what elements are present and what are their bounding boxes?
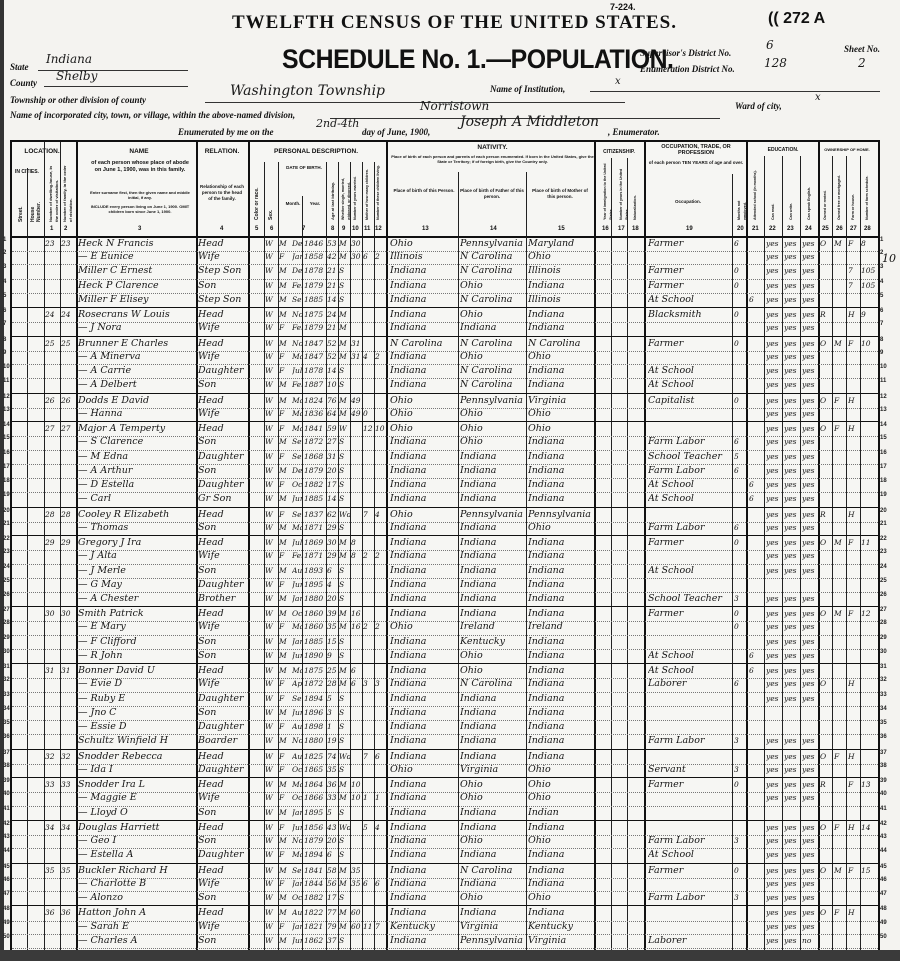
cell-living <box>375 649 386 663</box>
cell-bf: Ohio <box>460 664 526 678</box>
cell-mother <box>363 864 374 878</box>
table-row: 1818— D EstellaDaughterWFOct188217SIndia… <box>12 478 878 493</box>
cell-living <box>375 934 386 948</box>
cell-farm <box>848 664 860 678</box>
header-can-speak-english: Can speak English. <box>806 178 812 220</box>
cell-write: yes <box>784 791 800 805</box>
cell-write: yes <box>784 920 800 934</box>
cell-family <box>61 806 76 820</box>
cell-relation: Head <box>198 750 248 764</box>
cell-dwelling <box>45 791 60 805</box>
cell-write: yes <box>784 364 800 378</box>
county-label: County <box>10 78 37 88</box>
cell-month: Sep <box>292 435 302 449</box>
cell-sched <box>861 508 878 522</box>
cell-mort: M <box>834 237 846 251</box>
cell-relation: Wife <box>198 549 248 563</box>
cell-farm: 7 <box>848 279 860 293</box>
cell-farm: H <box>848 308 860 322</box>
line-number-right: 28 <box>880 620 887 626</box>
header-location: LOCATION. <box>12 148 72 156</box>
cell-sex: F <box>279 750 293 764</box>
cell-bp: Indiana <box>390 264 458 278</box>
cell-mort <box>834 592 846 606</box>
cell-bm: Indiana <box>528 649 594 663</box>
table-row: 2828— E MaryWifeWFMay186035M1622OhioIrel… <box>12 620 878 635</box>
cell-name: — G May <box>78 578 196 592</box>
cell-occ: At School <box>648 478 732 492</box>
header-street: Street. <box>18 186 24 222</box>
cell-color: W <box>265 464 278 478</box>
cell-dwelling: 33 <box>45 778 60 792</box>
cell-living: 10 <box>375 422 386 436</box>
cell-ym <box>351 508 362 522</box>
cell-sex: F <box>279 350 293 364</box>
cell-bf: Ohio <box>460 422 526 436</box>
cell-ym <box>351 834 362 848</box>
table-row: 1919— CarlGr SonWMJune188514SIndianaIndi… <box>12 492 878 507</box>
cell-bm: Indiana <box>528 750 594 764</box>
line-number-right: 15 <box>880 435 887 441</box>
cell-occ <box>648 791 732 805</box>
cell-bf: Indiana <box>460 564 526 578</box>
cell-read: yes <box>766 450 782 464</box>
cell-occ <box>648 821 732 835</box>
cell-unemp <box>734 720 746 734</box>
cell-bp: Indiana <box>390 564 458 578</box>
cell-sex: M <box>279 521 293 535</box>
colnum: 28 <box>864 226 871 232</box>
cell-occ <box>648 422 732 436</box>
cell-year: 1846 <box>304 237 326 251</box>
cell-sex: F <box>279 692 293 706</box>
cell-school <box>749 407 764 421</box>
cell-ym <box>351 422 362 436</box>
cell-color: W <box>265 934 278 948</box>
cell-dwelling <box>45 450 60 464</box>
cell-dwelling: 26 <box>45 394 60 408</box>
cell-family <box>61 293 76 307</box>
cell-sched <box>861 394 878 408</box>
cell-occ: Farmer <box>648 864 732 878</box>
cell-name: — J Merle <box>78 564 196 578</box>
table-row: 3434— Jno CSonWMJune18963SIndianaIndiana… <box>12 706 878 721</box>
cell-sched <box>861 934 878 948</box>
cell-marital: M <box>339 778 350 792</box>
cell-write: yes <box>784 664 800 678</box>
cell-bm: Indiana <box>528 478 594 492</box>
line-number-right: 23 <box>880 549 887 555</box>
line-number-right: 13 <box>880 407 887 413</box>
cell-mort <box>834 279 846 293</box>
cell-marital: M <box>339 620 350 634</box>
header-ownership: OWNERSHIP OF HOME. <box>818 146 876 154</box>
cell-month: Nov <box>292 734 302 748</box>
cell-own <box>820 492 832 506</box>
colnum: 17 <box>618 226 625 232</box>
cell-school <box>749 891 764 905</box>
cell-year: 1860 <box>304 620 326 634</box>
cell-mort <box>834 264 846 278</box>
cell-bf: Indiana <box>460 592 526 606</box>
cell-sched <box>861 578 878 592</box>
cell-farm <box>848 706 860 720</box>
cell-speak: yes <box>802 750 818 764</box>
header-occupation-col: Occupation. <box>646 198 730 206</box>
cell-sex: M <box>279 607 293 621</box>
enumerated-day: 2nd-4th <box>316 117 359 130</box>
cell-year: 1841 <box>304 864 326 878</box>
cell-unemp <box>734 706 746 720</box>
cell-read: yes <box>766 378 782 392</box>
cell-school <box>749 464 764 478</box>
cell-own <box>820 279 832 293</box>
cell-speak: yes <box>802 677 818 691</box>
cell-speak: yes <box>802 478 818 492</box>
cell-mother <box>363 848 374 862</box>
sheet-label: Sheet No. <box>844 44 880 54</box>
cell-school <box>749 564 764 578</box>
line-number-right: 17 <box>880 464 887 470</box>
cell-living <box>375 337 386 351</box>
cell-sex: M <box>279 664 293 678</box>
cell-ym <box>351 891 362 905</box>
cell-age: 24 <box>327 308 338 322</box>
cell-mort <box>834 734 846 748</box>
cell-relation: Gr Son <box>198 492 248 506</box>
cell-month: June <box>292 821 302 835</box>
cell-ym: 35 <box>351 877 362 891</box>
header-relation: RELATION. <box>198 148 246 156</box>
cell-bm: Indiana <box>528 720 594 734</box>
header-mother-of: Mother of how many children. <box>364 162 370 220</box>
table-row: 2626— A ChesterBrotherWMJan188020SIndian… <box>12 592 878 607</box>
cell-sex: F <box>279 677 293 691</box>
cell-write: yes <box>784 478 800 492</box>
cell-occ <box>648 549 732 563</box>
cell-color: W <box>265 848 278 862</box>
line-number: 8 <box>3 337 6 343</box>
cell-school: 6 <box>749 478 764 492</box>
cell-marital: M <box>339 308 350 322</box>
cell-month: Jan <box>292 920 302 934</box>
cell-unemp: 0 <box>734 864 746 878</box>
cell-color: W <box>265 407 278 421</box>
cell-color: W <box>265 592 278 606</box>
cell-family: 29 <box>61 536 76 550</box>
cell-bp: Indiana <box>390 806 458 820</box>
cell-age: 33 <box>327 791 338 805</box>
cell-relation: Head <box>198 664 248 678</box>
cell-ym <box>351 492 362 506</box>
cell-bm: Indiana <box>528 549 594 563</box>
cell-living <box>375 692 386 706</box>
cell-unemp: 6 <box>734 677 746 691</box>
table-row: 44Heck P ClarenceSonWMFeb187921SIndianaO… <box>12 279 878 294</box>
cell-relation: Daughter <box>198 692 248 706</box>
cell-marital: S <box>339 934 350 948</box>
cell-bm: Indiana <box>528 364 594 378</box>
cell-marital: M <box>339 321 350 335</box>
cell-relation: Son <box>198 378 248 392</box>
header-birth-person: Place of birth of this Person. <box>392 188 456 194</box>
ed-label: Enumeration District No. <box>640 64 735 74</box>
cell-bm: Ohio <box>528 778 594 792</box>
cell-mort <box>834 250 846 264</box>
cell-mother <box>363 364 374 378</box>
cell-school <box>749 394 764 408</box>
cell-speak: yes <box>802 763 818 777</box>
cell-occ: Laborer <box>648 677 732 691</box>
cell-marital: Wd <box>339 508 350 522</box>
cell-write: yes <box>784 435 800 449</box>
cell-bm: Indiana <box>528 706 594 720</box>
enumerated-suffix: day of June, 1900, <box>362 127 430 137</box>
cell-ym <box>351 848 362 862</box>
cell-year: 1879 <box>304 279 326 293</box>
county-value: Shelby <box>56 69 97 83</box>
cell-write: yes <box>784 934 800 948</box>
cell-ym <box>351 378 362 392</box>
cell-sched <box>861 906 878 920</box>
cell-living <box>375 635 386 649</box>
cell-dwelling <box>45 848 60 862</box>
cell-year: 1878 <box>304 264 326 278</box>
cell-unemp: 3 <box>734 763 746 777</box>
cell-sex: M <box>279 564 293 578</box>
cell-school <box>749 308 764 322</box>
cell-mort <box>834 407 846 421</box>
cell-dwelling: 27 <box>45 422 60 436</box>
cell-speak: yes <box>802 864 818 878</box>
cell-month: Jan <box>292 635 302 649</box>
cell-age: 27 <box>327 435 338 449</box>
cell-family <box>61 435 76 449</box>
form-code: 7-224. <box>610 2 636 12</box>
line-number-right: 50 <box>880 934 887 940</box>
cell-bm: Indiana <box>528 848 594 862</box>
line-number-right: 31 <box>880 664 887 670</box>
line-number: 10 <box>3 364 10 370</box>
cell-bm: Illinois <box>528 293 594 307</box>
cell-bp: Ohio <box>390 237 458 251</box>
line-number: 17 <box>3 464 10 470</box>
state-value: Indiana <box>46 52 92 66</box>
cell-mother <box>363 806 374 820</box>
colnum: 9 <box>342 226 345 232</box>
cell-write <box>784 578 800 592</box>
cell-name: — M Edna <box>78 450 196 464</box>
cell-occ: Farm Labor <box>648 521 732 535</box>
cell-write: yes <box>784 508 800 522</box>
cell-mort <box>834 578 846 592</box>
cell-own: O <box>820 237 832 251</box>
cell-sched <box>861 521 878 535</box>
cell-unemp <box>734 664 746 678</box>
cell-school <box>749 592 764 606</box>
cell-occ: At School <box>648 649 732 663</box>
cell-color: W <box>265 237 278 251</box>
cell-occ: At School <box>648 364 732 378</box>
cell-sched <box>861 734 878 748</box>
line-number-right: 40 <box>880 791 887 797</box>
colnum: 20 <box>737 226 744 232</box>
cell-sched <box>861 407 878 421</box>
cell-speak <box>802 720 818 734</box>
cell-bf: Pennsylvania <box>460 934 526 948</box>
line-number: 44 <box>3 848 10 854</box>
header-nativity-sub: Place of birth of each person and parent… <box>390 154 595 164</box>
line-number-right: 33 <box>880 692 887 698</box>
cell-own <box>820 264 832 278</box>
cell-read: yes <box>766 821 782 835</box>
cell-family <box>61 649 76 663</box>
cell-living: 6 <box>375 877 386 891</box>
cell-mort <box>834 492 846 506</box>
cell-month: Sep <box>292 293 302 307</box>
cell-bf: Indiana <box>460 734 526 748</box>
cell-name: — Charles A <box>78 934 196 948</box>
line-number: 26 <box>3 592 10 598</box>
cell-color: W <box>265 422 278 436</box>
cell-color: W <box>265 720 278 734</box>
stamp-number: 272 A <box>783 10 825 27</box>
cell-occ: Farmer <box>648 778 732 792</box>
cell-write: yes <box>784 906 800 920</box>
cell-year: 1825 <box>304 750 326 764</box>
cell-read: yes <box>766 934 782 948</box>
cell-dwelling <box>45 734 60 748</box>
cell-sched: 13 <box>861 778 878 792</box>
sheet-stamp: (( 272 A <box>768 10 825 28</box>
cell-bp: Ohio <box>390 422 458 436</box>
township-label: Township or other division of county <box>10 95 146 105</box>
cell-name: Douglas Harriett <box>78 821 196 835</box>
cell-dwelling <box>45 920 60 934</box>
colnum: 5 <box>255 226 258 232</box>
cell-speak: yes <box>802 778 818 792</box>
cell-ym <box>351 293 362 307</box>
cell-read: yes <box>766 422 782 436</box>
cell-mort <box>834 920 846 934</box>
cell-bm: Indiana <box>528 592 594 606</box>
cell-speak: yes <box>802 649 818 663</box>
table-row: 3030— R JohnSonWMJune18909SIndianaOhioIn… <box>12 649 878 664</box>
cell-mother <box>363 692 374 706</box>
line-number-right: 39 <box>880 778 887 784</box>
cell-bf: N Carolina <box>460 677 526 691</box>
cell-month: Nov <box>292 834 302 848</box>
cell-mort <box>834 378 846 392</box>
cell-year: 1860 <box>304 607 326 621</box>
cell-name: Miller C Ernest <box>78 264 196 278</box>
cell-mother: 4 <box>363 350 374 364</box>
cell-ym <box>351 821 362 835</box>
cell-occ: School Teacher <box>648 450 732 464</box>
cell-write: yes <box>784 350 800 364</box>
cell-name: — A Minerva <box>78 350 196 364</box>
cell-name: — Maggie E <box>78 791 196 805</box>
cell-month: Sep <box>292 450 302 464</box>
cell-name: Cooley R Elizabeth <box>78 508 196 522</box>
header-years-married: Number of years married. <box>352 162 358 220</box>
cell-name: — Geo I <box>78 834 196 848</box>
cell-unemp: 0 <box>734 607 746 621</box>
cell-marital: S <box>339 364 350 378</box>
cell-write: yes <box>784 891 800 905</box>
header-education: EDUCATION. <box>748 146 818 154</box>
cell-unemp: 0 <box>734 337 746 351</box>
cell-name: — Sarah E <box>78 920 196 934</box>
cell-family: 32 <box>61 750 76 764</box>
cell-marital: M <box>339 664 350 678</box>
cell-mother <box>363 536 374 550</box>
colnum: 10 <box>352 226 359 232</box>
header-naturalization: Naturalization. <box>632 172 638 220</box>
cell-own <box>820 564 832 578</box>
cell-school: 6 <box>749 649 764 663</box>
cell-age: 35 <box>327 763 338 777</box>
cell-sex: F <box>279 877 293 891</box>
population-table: LOCATION. IN CITIES. Street. House Numbe… <box>10 140 880 952</box>
township-value: Washington Township <box>230 83 385 99</box>
cell-read: yes <box>766 237 782 251</box>
institution-line <box>590 91 880 92</box>
cell-farm: F <box>848 536 860 550</box>
cell-unemp <box>734 564 746 578</box>
cell-name: Snodder Ira L <box>78 778 196 792</box>
cell-ym <box>351 521 362 535</box>
cell-year: 1882 <box>304 478 326 492</box>
cell-mort <box>834 706 846 720</box>
cell-mother <box>363 492 374 506</box>
cell-relation: Son <box>198 934 248 948</box>
cell-bp: Indiana <box>390 692 458 706</box>
cell-relation: Daughter <box>198 450 248 464</box>
line-number: 48 <box>3 906 10 912</box>
cell-read: yes <box>766 607 782 621</box>
header-personal-description: PERSONAL DESCRIPTION. <box>250 148 382 156</box>
cell-sex: F <box>279 720 293 734</box>
cell-unemp <box>734 549 746 563</box>
header-relation-sub: Relationship of each person to the head … <box>200 184 244 202</box>
header-family-number: Number of family, in the order of visita… <box>62 162 74 222</box>
cell-ym <box>351 720 362 734</box>
cell-age: 62 <box>327 508 338 522</box>
cell-occ: At School <box>648 664 732 678</box>
cell-ym: 6 <box>351 677 362 691</box>
cell-living <box>375 864 386 878</box>
cell-bf: Ohio <box>460 308 526 322</box>
cell-read: yes <box>766 834 782 848</box>
line-number: 15 <box>3 435 10 441</box>
cell-mort <box>834 848 846 862</box>
census-title: TWELFTH CENSUS OF THE UNITED STATES. <box>232 12 677 34</box>
cell-month: Feb <box>292 321 302 335</box>
cell-own <box>820 521 832 535</box>
cell-unemp <box>734 934 746 948</box>
cell-living <box>375 763 386 777</box>
cell-month: Oct <box>292 891 302 905</box>
cell-read: yes <box>766 791 782 805</box>
header-name-note2: INCLUDE every person living on June 1, 1… <box>88 204 192 214</box>
cell-ym: 35 <box>351 864 362 878</box>
cell-year: 1871 <box>304 521 326 535</box>
table-row: 4747— AlonzoSonWMOct188217SIndianaOhioOh… <box>12 891 878 906</box>
cell-school: 6 <box>749 492 764 506</box>
cell-sex: F <box>279 821 293 835</box>
cell-bf: Ohio <box>460 279 526 293</box>
